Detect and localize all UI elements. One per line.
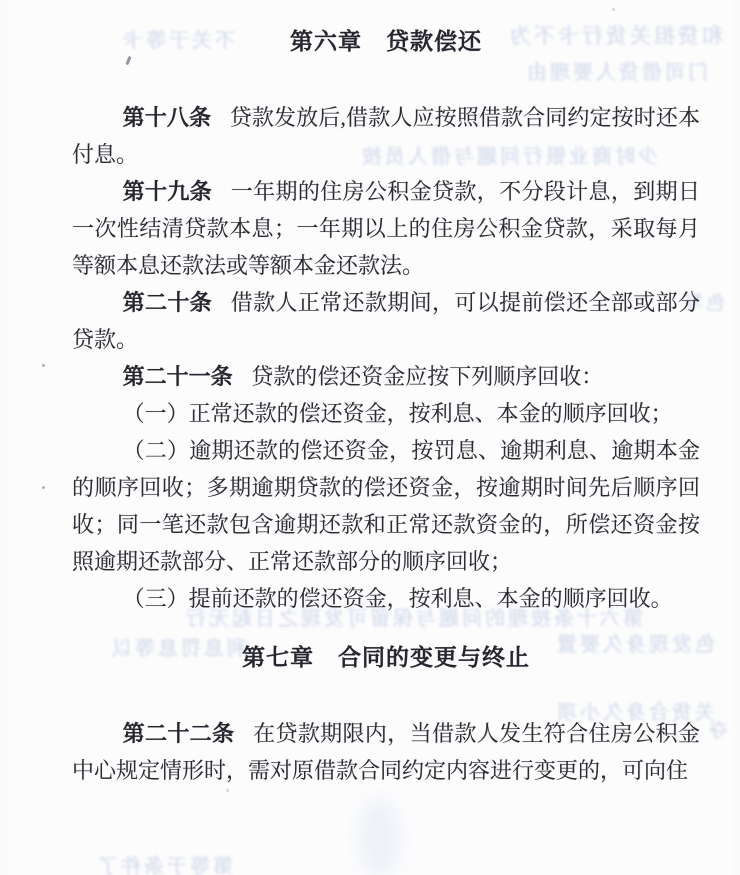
bleedthrough-text: 第等于条件了: [58, 850, 233, 875]
scan-smudge: [358, 798, 400, 875]
article-number: 第十九条: [123, 179, 212, 204]
list-item-paragraph: （一）正常还款的偿还资金，按利息、本金的顺序回收；: [72, 395, 700, 432]
scan-speck: [226, 789, 229, 792]
article-number: 第二十条: [123, 290, 212, 315]
article-paragraph: 第二十二条在贷款期限内，当借款人发生符合住房公积金中心规定情形时，需对原借款合同…: [72, 715, 700, 789]
article-paragraph: 第二十一条贷款的偿还资金应按下列顺序回收：: [72, 358, 700, 395]
list-item-paragraph: （三）提前还款的偿还资金，按利息、本金的顺序回收。: [72, 580, 700, 617]
article-paragraph: 第二十条借款人正常还款期间，可以提前偿还全部或部分贷款。: [72, 284, 700, 358]
chapter-heading: 第六章 贷款偿还: [72, 26, 700, 56]
article-number: 第二十一条: [123, 364, 233, 389]
scanned-document-page: 不关于等卡和贷担关货行卡不为门司借贷人要理由少时商业银行问题与借人员按色写第六十…: [0, 0, 740, 875]
document-body: 第六章 贷款偿还第十八条贷款发放后,借款人应按照借款合同约定按时还本付息。第十九…: [0, 0, 740, 789]
article-paragraph: 第十八条贷款发放后,借款人应按照借款合同约定按时还本付息。: [72, 99, 700, 173]
article-paragraph: 第十九条一年期的住房公积金贷款，不分段计息，到期日一次性结清贷款本息；一年期以上…: [72, 173, 700, 284]
chapter-heading: 第七章 合同的变更与终止: [72, 642, 700, 672]
article-number: 第二十二条: [123, 721, 235, 746]
list-item-paragraph: （二）逾期还款的偿还资金，按罚息、逾期利息、逾期本金的顺序回收；多期逾期贷款的偿…: [72, 432, 700, 580]
article-number: 第十八条: [123, 105, 212, 130]
